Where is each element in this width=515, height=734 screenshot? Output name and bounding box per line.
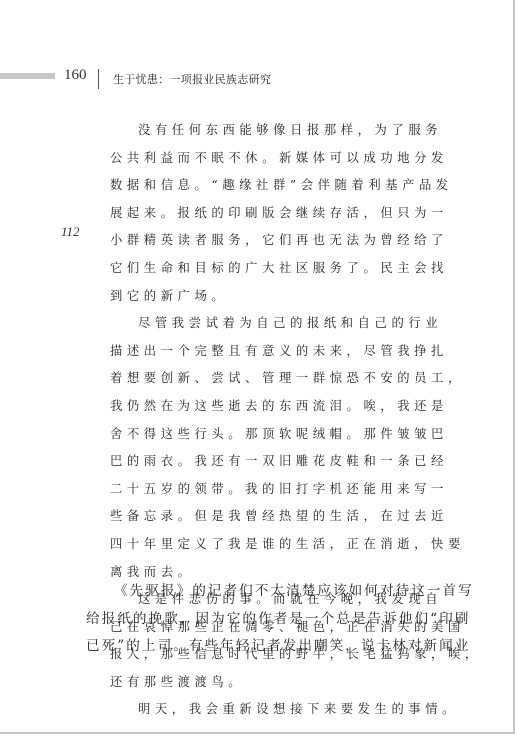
quote-line: 巴的雨衣。我还有一双旧雕花皮鞋和一条已经 [110,448,410,476]
quote-line: 公共利益而不眠不休。新媒体可以成功地分发 [110,145,410,173]
running-title: 生于忧患：一项报业民族志研究 [113,71,271,87]
quote-line: 它们生命和目标的广大社区服务了。民主会找 [110,255,410,283]
body-line: 已死”的上司。有些年轻记者发出嘲笑，说卡林对新闻业 [86,633,426,661]
header-divider [98,69,99,89]
quote-line: 明天，我会重新设想接下来要发生的事情。 [110,696,410,724]
quote-line: 着想要创新、尝试、管理一群惊恐不安的员工， [110,365,410,393]
quote-line: 四十年里定义了我是谁的生活，正在消逝，快要 [110,531,410,559]
header-decorative-bar [0,73,55,79]
quote-line: 二十五岁的领带。我的旧打字机还能用来写一 [110,476,410,504]
body-line: 给报纸的挽歌，因为它的作者是一个总是告诉他们“印刷 [86,606,426,634]
quote-line: 展起来。报纸的印刷版会继续存活，但只为一 [110,200,410,228]
quote-line: 我仍然在为这些逝去的东西流泪。唉，我还是 [110,393,410,421]
original-page-number: 112 [61,224,80,240]
quote-line: 数据和信息。“趣缘社群”会伴随着利基产品发 [110,172,410,200]
quote-line: 尽管我尝试着为自己的报纸和自己的行业 [110,310,410,338]
quote-line: 没有任何东西能够像日报那样，为了服务 [110,117,410,145]
quote-line: 小群精英读者服务，它们再也无法为曾经给了 [110,227,410,255]
body-paragraph: 《先驱报》的记者们不太清楚应该如何对待这一首写 给报纸的挽歌，因为它的作者是一个… [86,578,426,661]
quote-line: 还有那些渡渡鸟。 [110,669,410,697]
body-line: 《先驱报》的记者们不太清楚应该如何对待这一首写 [86,578,426,606]
quote-line: 舍不得这些行头。那顶软呢绒帽。那件皱皱巴 [110,421,410,449]
quote-line: 些备忘录。但是我曾经热望的生活，在过去近 [110,503,410,531]
quote-line: 描述出一个完整且有意义的未来，尽管我挣扎 [110,338,410,366]
quote-line: 到它的新广场。 [110,283,410,311]
page-number: 160 [64,67,87,84]
